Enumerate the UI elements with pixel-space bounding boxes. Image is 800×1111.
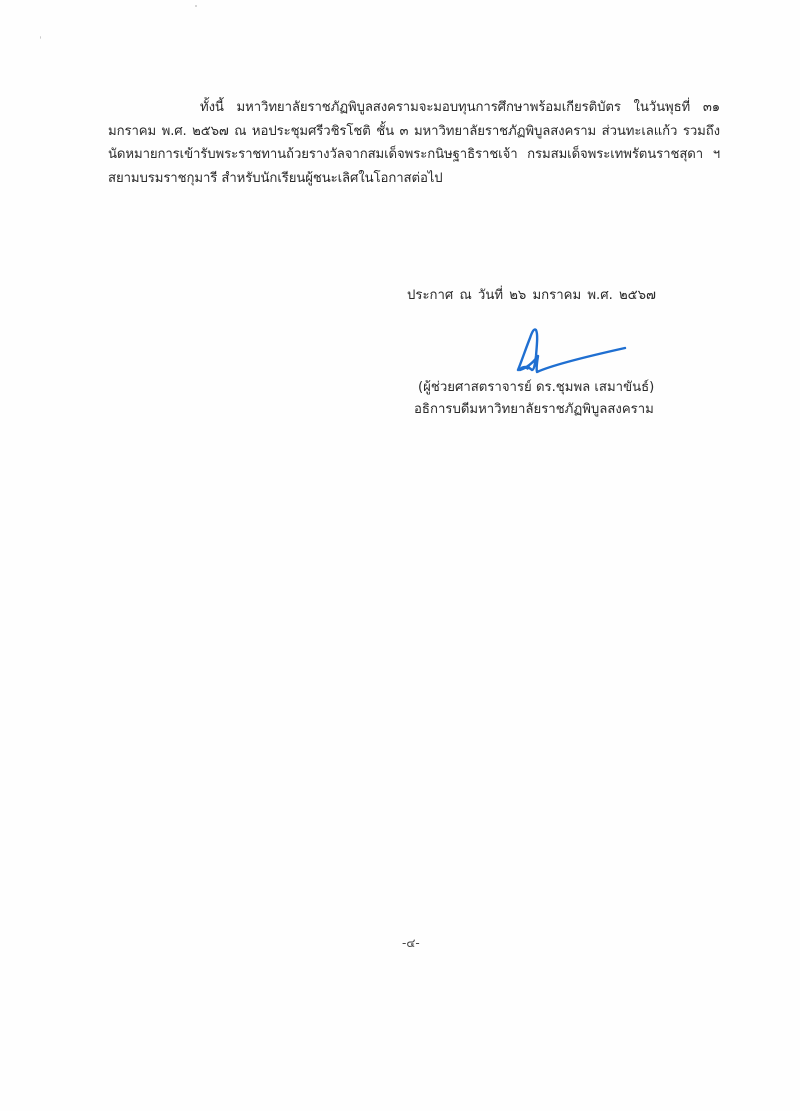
paragraph-line: ทั้งนี้ มหาวิทยาลัยราชภัฏพิบูลสงครามจะมอ… — [108, 96, 720, 120]
paragraph-line: นัดหมายการเข้ารับพระราชทานถ้วยรางวัลจากส… — [108, 143, 720, 167]
paragraph-line: สยามบรมราชกุมารี สำหรับนักเรียนผู้ชนะเลิ… — [108, 167, 720, 191]
document-page: ทั้งนี้ มหาวิทยาลัยราชภัฏพิบูลสงครามจะมอ… — [0, 0, 800, 1111]
signatory-title: อธิการบดีมหาวิทยาลัยราชภัฏพิบูลสงคราม — [414, 399, 654, 421]
announcement-date: ประกาศ ณ วันที่ ๒๖ มกราคม พ.ศ. ๒๕๖๗ — [407, 285, 656, 307]
signatory-name: (ผู้ช่วยศาสตราจารย์ ดร.ชุมพล เสมาขันธ์) — [418, 377, 654, 399]
signature-image — [510, 326, 630, 376]
scan-speck — [40, 36, 41, 39]
page-number: -๔- — [402, 935, 420, 951]
body-paragraph: ทั้งนี้ มหาวิทยาลัยราชภัฏพิบูลสงครามจะมอ… — [108, 96, 720, 190]
scan-speck — [195, 5, 197, 7]
paragraph-line: มกราคม พ.ศ. ๒๕๖๗ ณ หอประชุมศรีวชิรโชติ ช… — [108, 120, 720, 144]
